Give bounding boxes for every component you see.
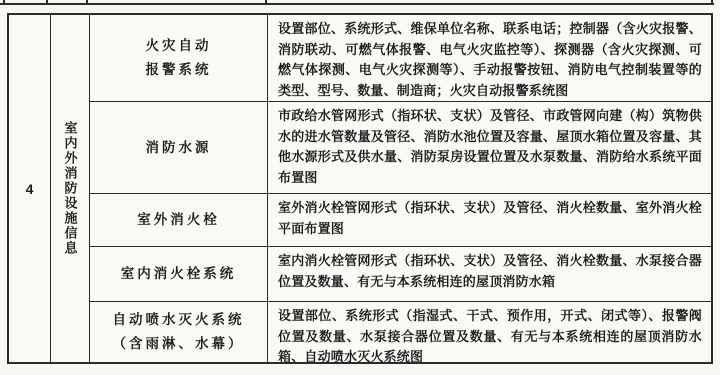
previous-row-remnant xyxy=(0,0,714,5)
row-description-indoor-hydrant-system: 室内消火栓管网形式（指环状、支状）及管径、消火栓数量、水泵接合器位置及数量、有无… xyxy=(267,246,711,301)
scanned-document-page: 4 室内外消防设施信息 火灾自动 报警系统 设置部位、系统形式、维保单位名称、联… xyxy=(0,0,720,375)
row-label-indoor-hydrant-system: 室内消火栓系统 xyxy=(89,246,267,301)
row-number-cell: 4 xyxy=(9,15,50,362)
column-border-tick xyxy=(46,0,48,3)
row-description-sprinkler-system: 设置部位、系统形式（指湿式、干式、预作用，开式、闭式等）、报警阀位置及数量、水泵… xyxy=(267,301,711,362)
row-description-fire-alarm-system: 设置部位、系统形式、维保单位名称、联系电话；控制器（含火灾报警、消防联动、可燃气… xyxy=(267,15,711,101)
column-border-tick xyxy=(86,0,88,3)
category-cell-vertical: 室内外消防设施信息 xyxy=(50,15,89,362)
column-border-tick xyxy=(3,0,5,3)
row-label-outdoor-hydrant: 室外消火栓 xyxy=(89,193,267,246)
fire-facility-info-table: 4 室内外消防设施信息 火灾自动 报警系统 设置部位、系统形式、维保单位名称、联… xyxy=(7,13,713,364)
row-label-fire-alarm-system: 火灾自动 报警系统 xyxy=(89,15,267,101)
row-label-sprinkler-system: 自动喷水灭火系统 （含雨淋、水幕） xyxy=(89,301,267,362)
column-border-tick xyxy=(265,0,267,3)
column-border-tick xyxy=(711,0,713,3)
row-description-fire-water-source: 市政给水管网形式（指环状、支状）及管径、市政管网向建（构）筑物供水的进水管数量及… xyxy=(267,101,711,193)
row-label-fire-water-source: 消防水源 xyxy=(89,101,267,193)
row-description-outdoor-hydrant: 室外消火栓管网形式（指环状、支状）及管径、消火栓数量、室外消火栓平面布置图 xyxy=(267,193,711,246)
